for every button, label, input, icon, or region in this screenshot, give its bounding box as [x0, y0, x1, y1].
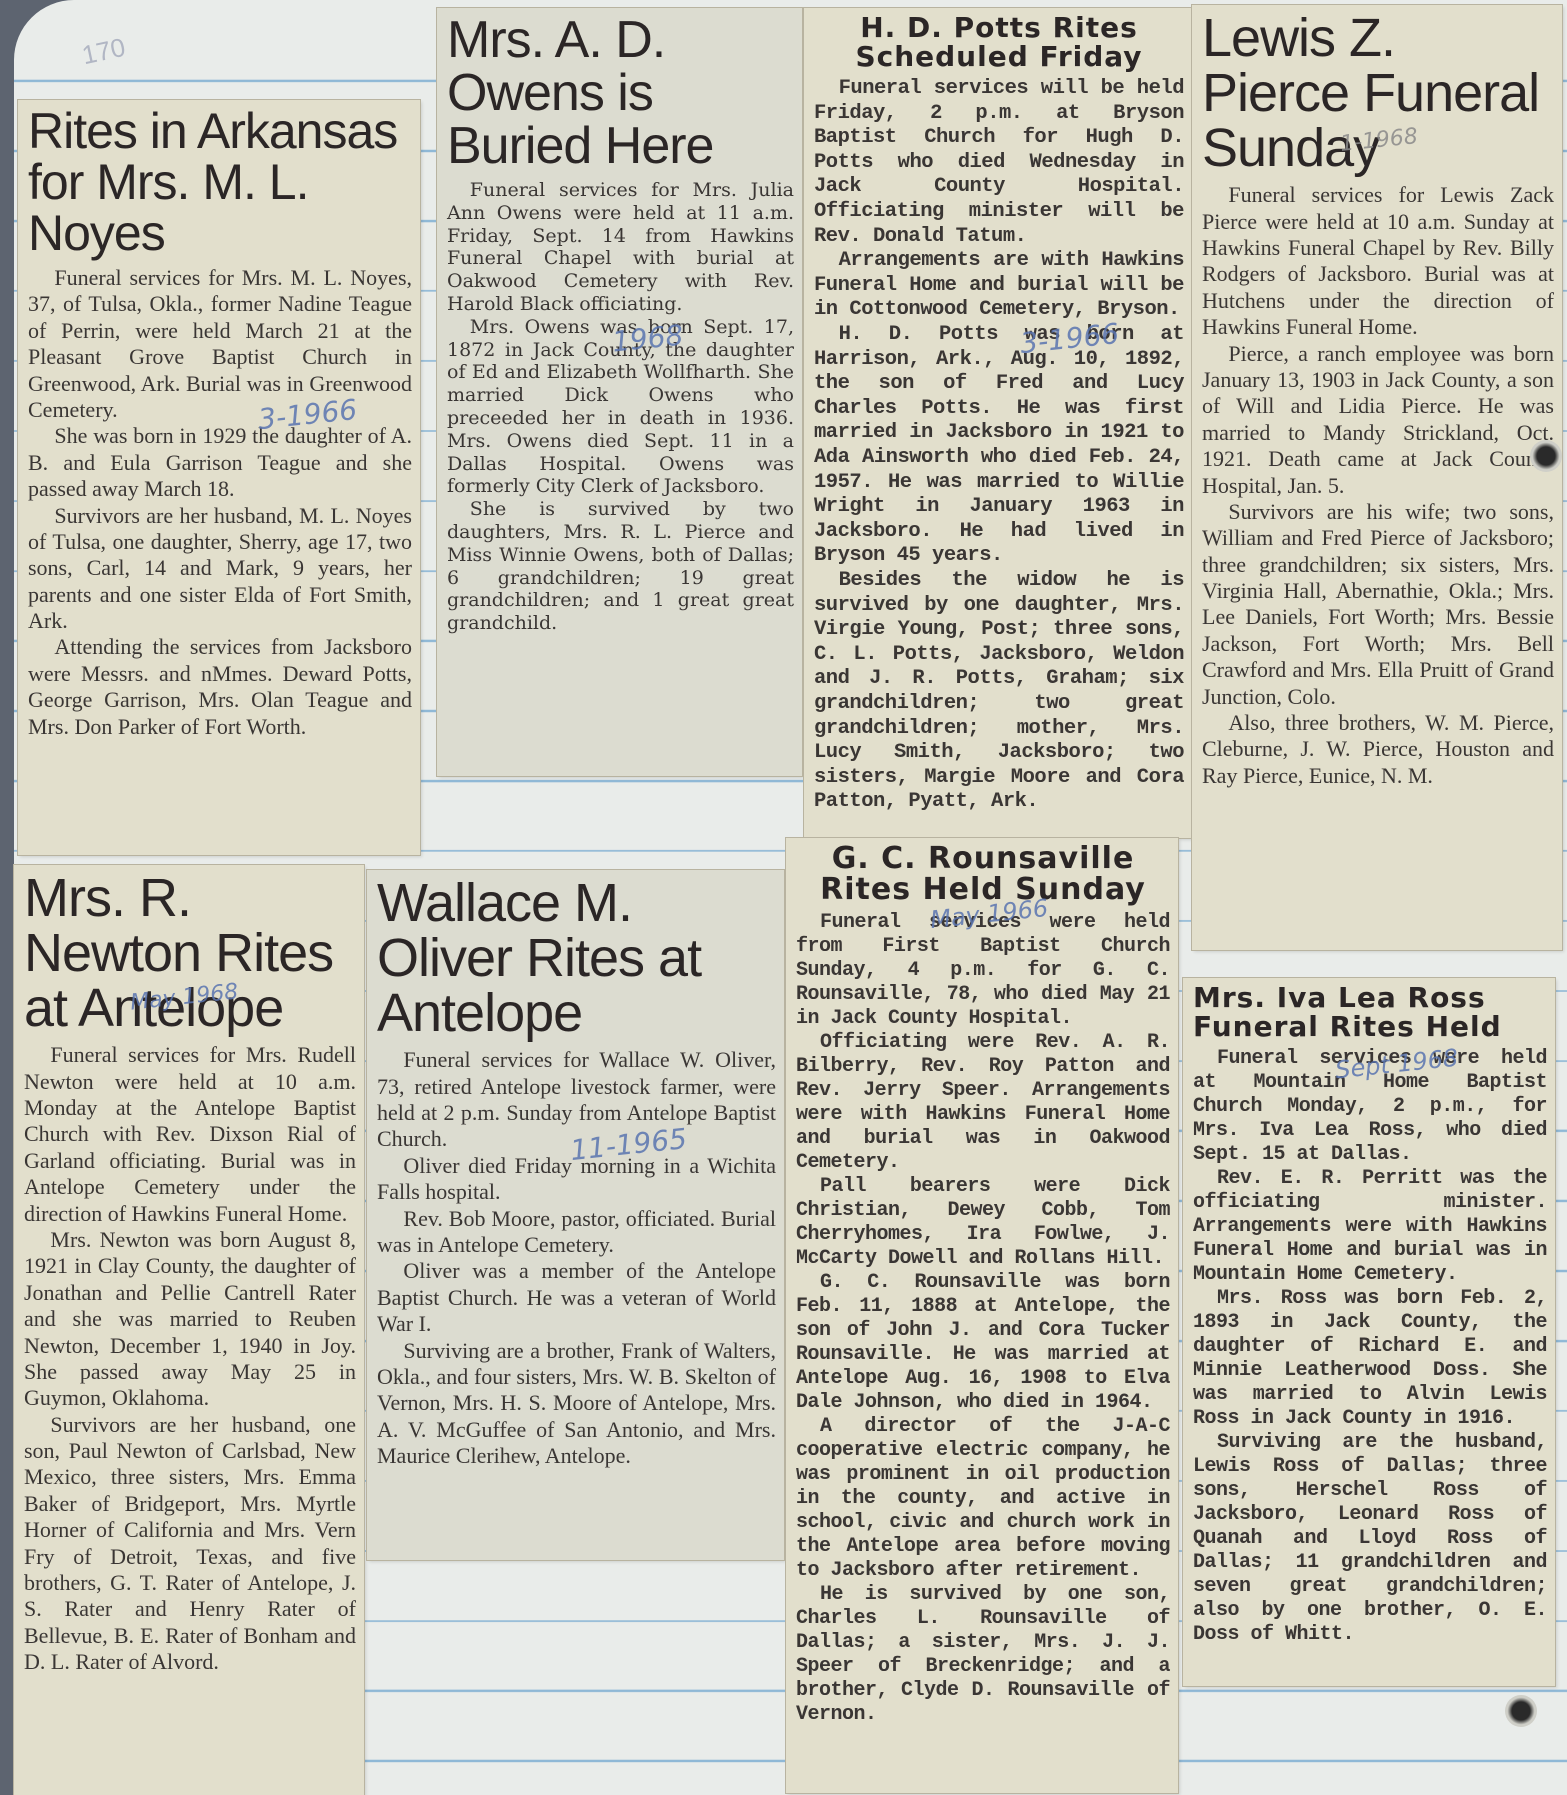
punch-hole [1505, 1695, 1537, 1727]
paragraph: Rev. Bob Moore, pastor, officiated. Buri… [377, 1206, 776, 1259]
paragraph: Survivors are his wife; two sons, Willia… [1202, 499, 1554, 710]
headline: Wallace M. Oliver Rites at Antelope [377, 876, 776, 1041]
paragraph: Funeral services were held from First Ba… [796, 911, 1170, 1031]
paragraph: Funeral services for Mrs. Rudell Newton … [24, 1042, 356, 1227]
clipping-potts: H. D. Potts Rites Scheduled Friday Funer… [804, 8, 1192, 838]
paragraph: Funeral services for Mrs. M. L. Noyes, 3… [28, 265, 412, 423]
paragraph: Pierce, a ranch employee was born Januar… [1202, 341, 1554, 499]
paragraph: Rev. E. R. Perritt was the officiating m… [1193, 1167, 1547, 1287]
paragraph: G. C. Rounsaville was born Feb. 11, 1888… [796, 1271, 1170, 1415]
clipping-pierce: Lewis Z. Pierce Funeral Sunday Funeral s… [1192, 5, 1562, 950]
page-number: 170 [79, 32, 128, 71]
paragraph: Oliver died Friday morning in a Wichita … [377, 1153, 776, 1206]
paragraph: Funeral services for Lewis Zack Pierce w… [1202, 182, 1554, 340]
clipping-noyes: Rites in Arkansas for Mrs. M. L. Noyes F… [18, 100, 420, 855]
clipping-oliver: Wallace M. Oliver Rites at Antelope Fune… [367, 870, 784, 1560]
headline: G. C. Rounsaville Rites Held Sunday [796, 844, 1170, 905]
paragraph: Surviving are a brother, Frank of Walter… [377, 1338, 776, 1470]
paragraph: Mrs. Owens was born Sept. 17, 1872 in Ja… [447, 316, 794, 498]
paragraph: She was born in 1929 the daughter of A. … [28, 423, 412, 502]
paragraph: Funeral services will be held Friday, 2 … [814, 77, 1184, 249]
paragraph: Attending the services from Jacksboro we… [28, 634, 412, 740]
paragraph: Mrs. Ross was born Feb. 2, 1893 in Jack … [1193, 1287, 1547, 1431]
headline: Mrs. A. D. Owens is Buried Here [447, 14, 794, 173]
paragraph: She is survived by two daughters, Mrs. R… [447, 498, 794, 635]
paragraph: Mrs. Newton was born August 8, 1921 in C… [24, 1227, 356, 1412]
paragraph: Funeral services were held at Mountain H… [1193, 1047, 1547, 1167]
headline: Rites in Arkansas for Mrs. M. L. Noyes [28, 106, 412, 259]
paragraph: Survivors are her husband, M. L. Noyes o… [28, 503, 412, 635]
headline: Mrs. Iva Lea Ross Funeral Rites Held [1193, 984, 1547, 1041]
paragraph: A director of the J-A-C cooperative elec… [796, 1415, 1170, 1583]
paragraph: Arrangements are with Hawkins Funeral Ho… [814, 249, 1184, 323]
clipping-rounsaville: G. C. Rounsaville Rites Held Sunday Fune… [786, 838, 1178, 1793]
paragraph: Survivors are her husband, one son, Paul… [24, 1412, 356, 1676]
clipping-ross: Mrs. Iva Lea Ross Funeral Rites Held Fun… [1183, 978, 1555, 1686]
headline: H. D. Potts Rites Scheduled Friday [814, 14, 1184, 71]
headline: Mrs. R. Newton Rites at Antelope [24, 871, 356, 1036]
paragraph: Besides the widow he is survived by one … [814, 569, 1184, 815]
paragraph: Also, three brothers, W. M. Pierce, Cleb… [1202, 710, 1554, 789]
paragraph: Funeral services for Wallace W. Oliver, … [377, 1047, 776, 1153]
clipping-newton: Mrs. R. Newton Rites at Antelope Funeral… [14, 865, 364, 1795]
paragraph: Funeral services for Mrs. Julia Ann Owen… [447, 179, 794, 316]
paragraph: Surviving are the husband, Lewis Ross of… [1193, 1431, 1547, 1647]
punch-hole [1530, 440, 1562, 472]
clipping-owens: Mrs. A. D. Owens is Buried Here Funeral … [437, 8, 802, 776]
paragraph: Pall bearers were Dick Christian, Dewey … [796, 1175, 1170, 1271]
paragraph: H. D. Potts was born at Harrison, Ark., … [814, 323, 1184, 569]
headline: Lewis Z. Pierce Funeral Sunday [1202, 11, 1554, 176]
paragraph: He is survived by one son, Charles L. Ro… [796, 1583, 1170, 1727]
paragraph: Officiating were Rev. A. R. Bilberry, Re… [796, 1031, 1170, 1175]
paragraph: Oliver was a member of the Antelope Bapt… [377, 1258, 776, 1337]
